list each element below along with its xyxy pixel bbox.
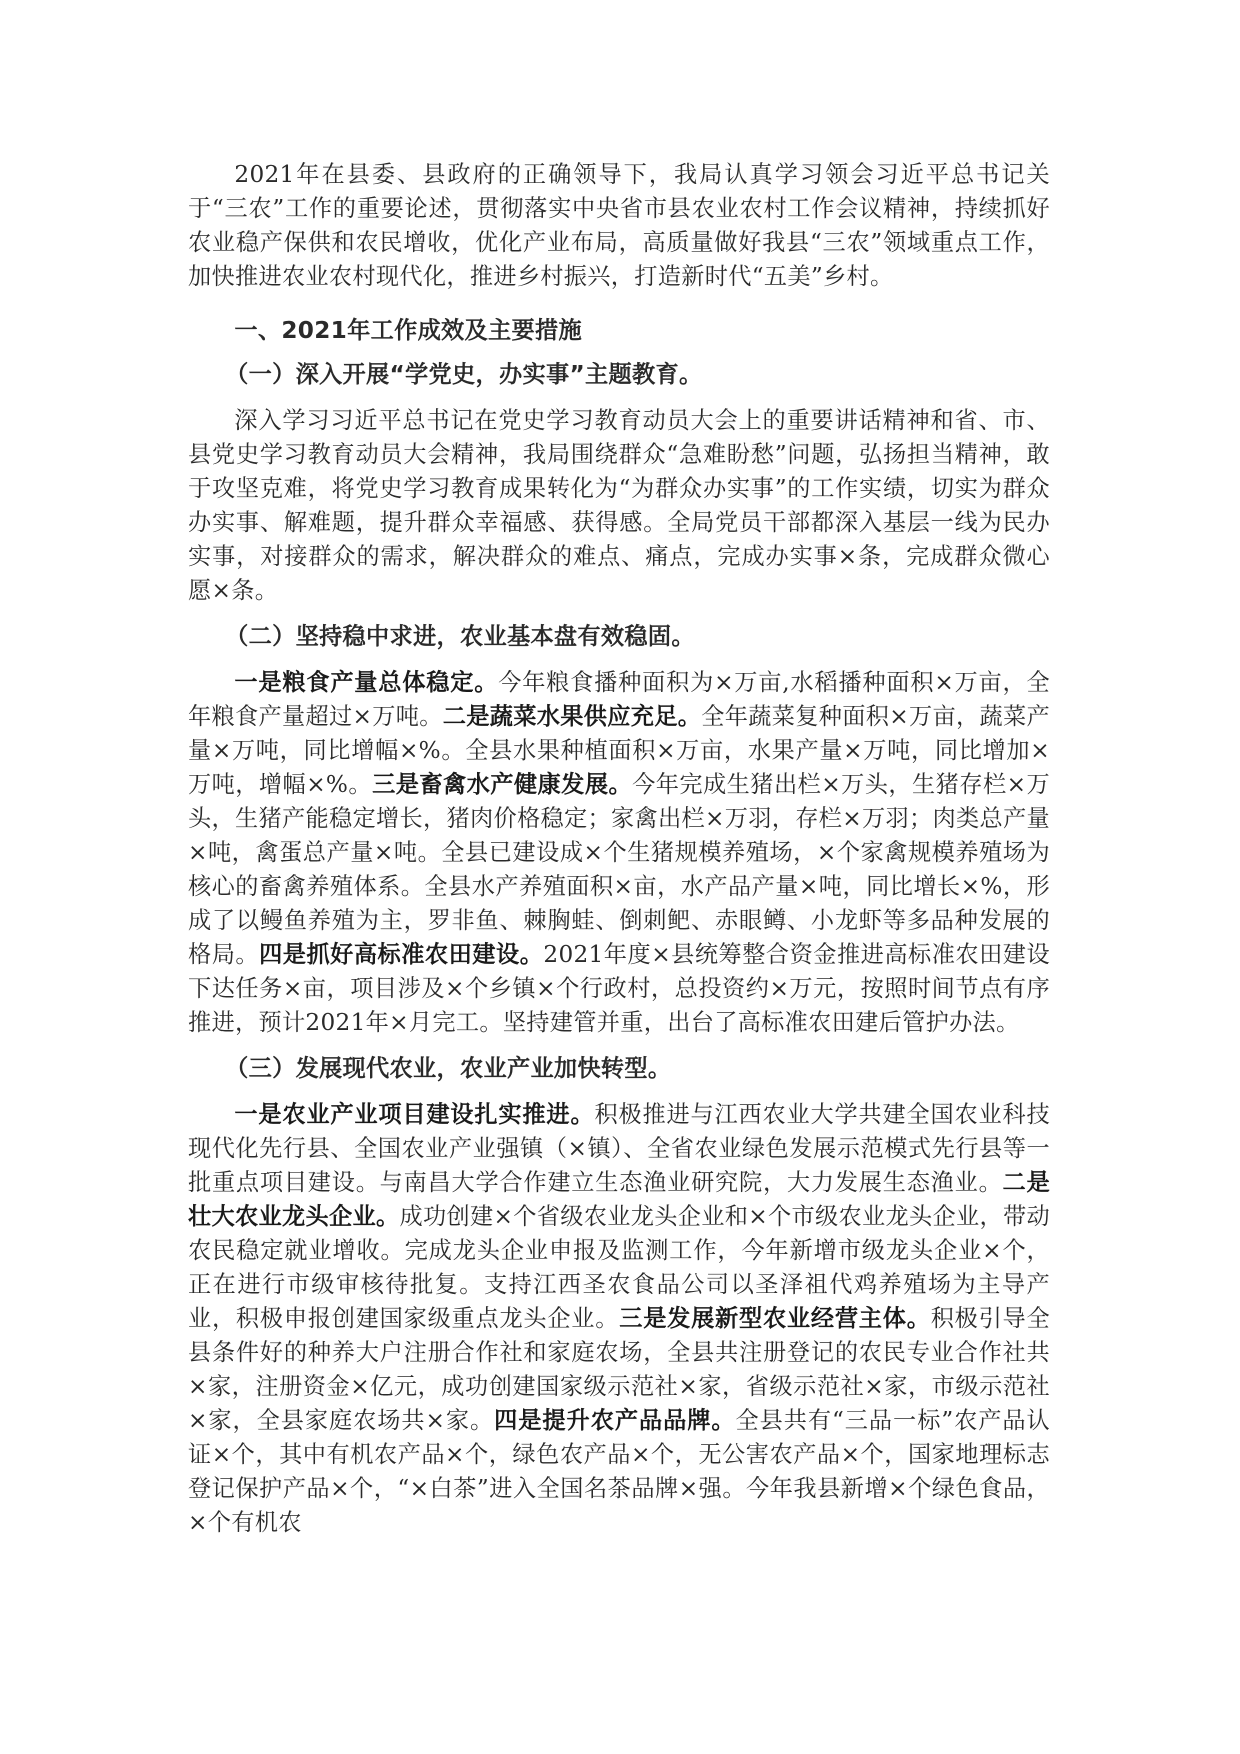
- subsection-2-body: 一是粮食产量总体稳定。今年粮食播种面积为×万亩,水稻播种面积×万亩，全年粮食产量…: [188, 666, 1050, 1040]
- subsection-3-body: 一是农业产业项目建设扎实推进。积极推进与江西农业大学共建全国农业科技现代化先行县…: [188, 1098, 1050, 1540]
- point-label: 三是畜禽水产健康发展。: [372, 771, 632, 798]
- document-page: 2021年在县委、县政府的正确领导下，我局认真学习领会习近平总书记关于“三农”工…: [188, 158, 1050, 1552]
- subsection-1-body: 深入学习习近平总书记在党史学习教育动员大会上的重要讲话精神和省、市、县党史学习教…: [188, 404, 1050, 608]
- subsection-heading-2: （二）坚持稳中求进，农业基本盘有效稳固。: [188, 620, 1050, 654]
- point-label: 二是蔬菜水果供应充足。: [443, 703, 702, 730]
- section-heading-1: 一、2021年工作成效及主要措施: [188, 314, 1050, 348]
- point-label: 一是农业产业项目建设扎实推进。: [234, 1101, 594, 1128]
- point-label: 四是提升农产品品牌。: [494, 1407, 735, 1434]
- point-label: 一是粮食产量总体稳定。: [234, 669, 498, 696]
- intro-paragraph: 2021年在县委、县政府的正确领导下，我局认真学习领会习近平总书记关于“三农”工…: [188, 158, 1050, 294]
- subsection-heading-1: （一）深入开展“学党史，办实事”主题教育。: [188, 358, 1050, 392]
- subsection-heading-3: （三）发展现代农业，农业产业加快转型。: [188, 1052, 1050, 1086]
- point-label: 四是抓好高标准农田建设。: [259, 941, 543, 968]
- point-label: 三是发展新型农业经营主体。: [619, 1305, 930, 1332]
- point-text: 今年完成生猪出栏×万头，生猪存栏×万头，生猪产能稳定增长，猪肉价格稳定；家禽出栏…: [188, 771, 1050, 968]
